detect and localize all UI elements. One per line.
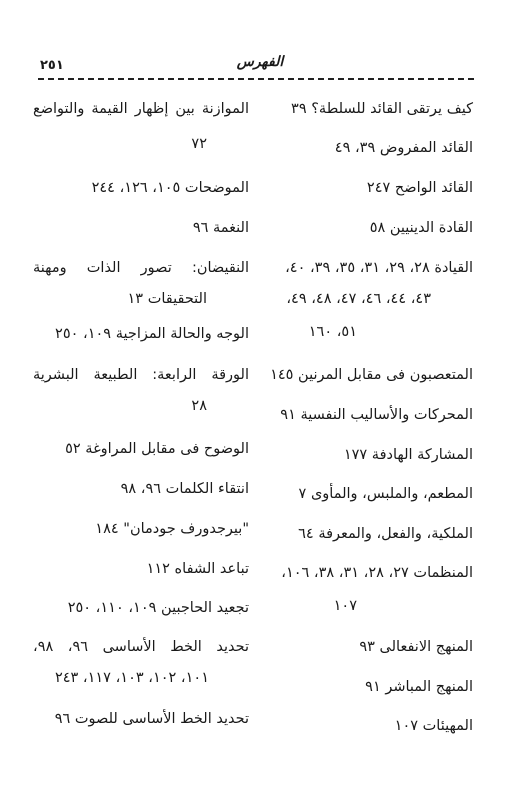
index-entry: الوجه والحالة المزاجية ١٠٩، ٢٥٠ [33, 325, 249, 343]
index-entry: النقيضان: تصور الذات ومهنة [33, 259, 249, 277]
index-entry: تحديد الخط الأساسى ٩٦، ٩٨، [33, 638, 249, 656]
index-entry: المحركات والأساليب النفسية ٩١ [247, 406, 473, 424]
page-number: ٢٥١ [40, 58, 64, 73]
index-entry-continuation: ٧٢ [191, 135, 207, 153]
index-entry: القيادة ٢٨، ٢٩، ٣١، ٣٥، ٣٩، ٤٠، [247, 259, 473, 277]
index-entry: القائد المفروض ٣٩، ٤٩ [247, 139, 473, 157]
index-entry: تجعيد الحاجبين ١٠٩، ١١٠، ٢٥٠ [33, 599, 249, 617]
index-entry: المهيئات ١٠٧ [247, 717, 473, 735]
index-entry: "بيرجدورف جودمان" ١٨٤ [33, 520, 249, 538]
index-entry: المتعصبون فى مقابل المرنين ١٤٥ [247, 366, 473, 384]
index-entry: تباعد الشفاه ١١٢ [33, 560, 249, 578]
header-dashed-rule [38, 78, 474, 80]
index-entry: الملكية، والفعل، والمعرفة ٦٤ [247, 525, 473, 543]
index-entry-continuation: ٢٨ [191, 397, 207, 415]
index-entry-continuation: التحقيقات ١٣ [128, 290, 207, 308]
index-entry: المنظمات ٢٧، ٢٨، ٣١، ٣٨، ١٠٦، [247, 564, 473, 582]
index-entry: كيف يرتقى القائد للسلطة؟ ٣٩ [247, 100, 473, 118]
index-entry: الموضحات ١٠٥، ١٢٦، ٢٤٤ [33, 179, 249, 197]
index-entry: القادة الدينيين ٥٨ [247, 219, 473, 237]
index-entry-continuation: ١٠٧ [334, 597, 357, 615]
index-entry-continuation: ٥١، ١٦٠ [309, 323, 357, 341]
index-entry: المشاركة الهادفة ١٧٧ [247, 446, 473, 464]
index-entry: الورقة الرابعة: الطبيعة البشرية [33, 366, 249, 384]
index-entry: المنهج الانفعالى ٩٣ [247, 638, 473, 656]
index-entry: تحديد الخط الأساسى للصوت ٩٦ [33, 710, 249, 728]
index-entry: الموازنة بين إظهار القيمة والتواضع [33, 100, 249, 118]
index-entry: انتقاء الكلمات ٩٦، ٩٨ [33, 480, 249, 498]
index-entry: النغمة ٩٦ [33, 219, 249, 237]
index-page: ٢٥١ الفهرس كيف يرتقى القائد للسلطة؟ ٣٩ ا… [0, 0, 521, 800]
index-entry: الوضوح فى مقابل المراوغة ٥٢ [33, 440, 249, 458]
index-entry: القائد الواضح ٢٤٧ [247, 179, 473, 197]
index-entry-continuation: ٤٣، ٤٤، ٤٦، ٤٧، ٤٨، ٤٩، [286, 290, 431, 308]
index-entry: المنهج المباشر ٩١ [247, 678, 473, 696]
running-header-title: الفهرس [220, 54, 300, 70]
index-entry-continuation: ١٠١، ١٠٢، ١٠٣، ١١٧، ٢٤٣ [55, 669, 209, 687]
index-entry: المطعم، والملبس، والمأوى ٧ [247, 485, 473, 503]
